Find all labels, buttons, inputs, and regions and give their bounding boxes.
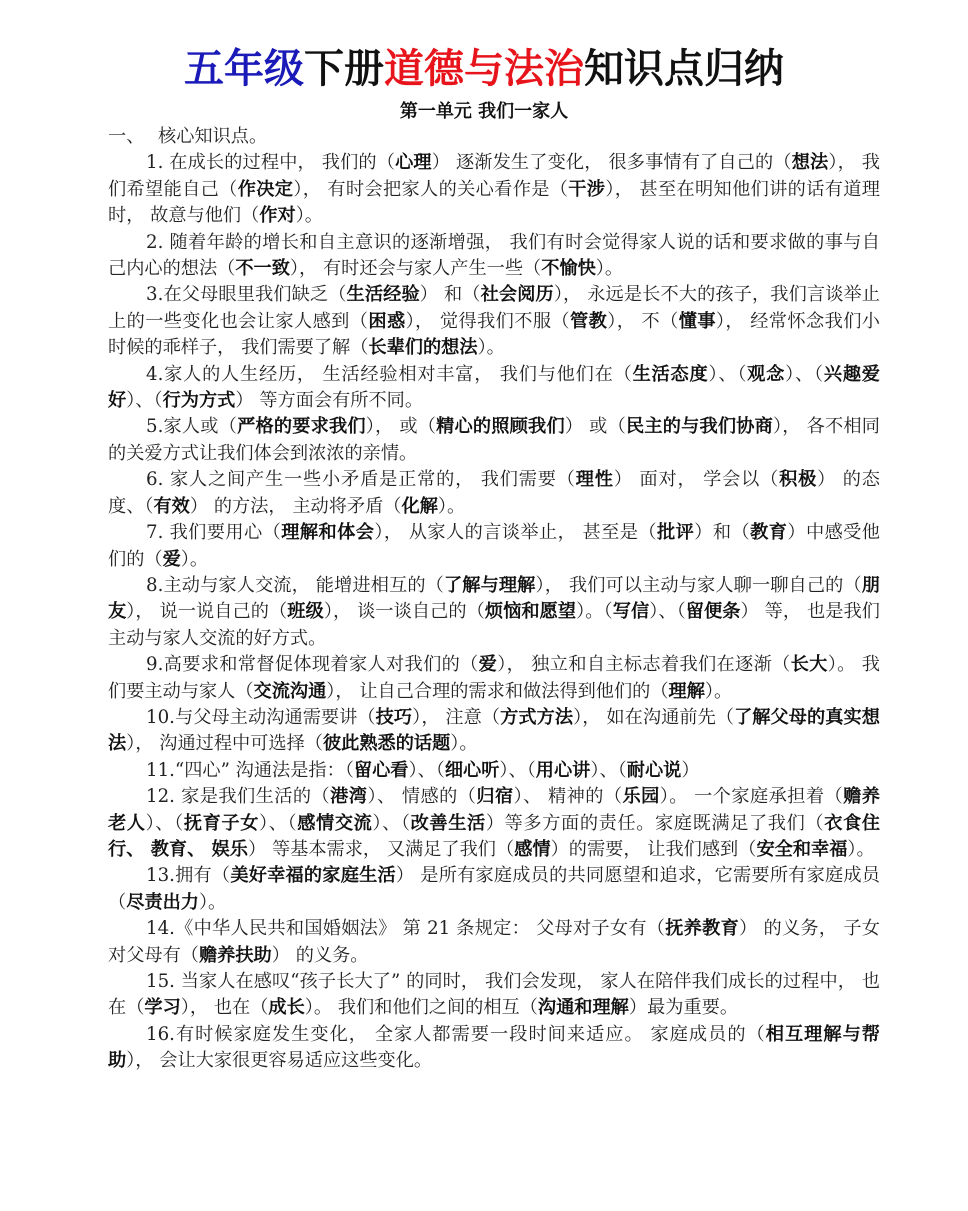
key-term: 社会阅历 — [481, 284, 554, 305]
body-text: ）， 会让大家很更容易适应这些变化。 — [126, 1050, 432, 1071]
key-term: 感情交流 — [297, 813, 372, 834]
body-text: ）的需要， 让我们感到（ — [551, 839, 757, 860]
key-term: 爱 — [479, 654, 498, 675]
title-part-subject: 道德与法治 — [384, 46, 584, 92]
knowledge-point-4: 4.家人的人生经历， 生活经验相对丰富， 我们与他们在（生活态度）、（观念）、（… — [108, 362, 880, 415]
key-term: 理解 — [669, 681, 705, 702]
knowledge-point-9: 9.高要求和常督促体现着家人对我们的（爱）， 独立和自主标志着我们在逐渐（长大）… — [108, 652, 880, 705]
body-text: ）、 情感的（ — [367, 786, 476, 807]
body-text: ）、（ — [408, 760, 444, 781]
key-term: 干涉 — [568, 179, 605, 200]
body-text: ）。 — [705, 681, 732, 702]
key-term: 精心的照顾我们 — [436, 416, 565, 437]
knowledge-point-11: 11.“四心” 沟通法是指：（留心看）、（细心听）、（用心讲）、（耐心说） — [108, 758, 880, 784]
key-term: 交流沟通 — [254, 681, 327, 702]
knowledge-point-3: 3.在父母眼里我们缺乏（生活经验） 和（社会阅历）， 永远是长不大的孩子，我们言… — [108, 282, 880, 361]
section-label: 核心知识点。 — [158, 126, 267, 147]
key-term: 不愉快 — [541, 258, 596, 279]
body-text: 7. 我们要用心（ — [146, 522, 281, 543]
body-text: 10.与父母主动沟通需要讲（ — [146, 707, 376, 728]
key-term: 烦恼和愿望 — [485, 601, 576, 622]
key-term: 有效 — [153, 496, 189, 517]
body-text: 8.主动与家人交流， 能增进相互的（ — [146, 575, 444, 596]
body-text: ）。 — [438, 496, 465, 517]
body-text: ）， 也在（ — [181, 997, 269, 1018]
key-term: 观念 — [747, 364, 785, 385]
body-text: ）。 — [181, 549, 208, 570]
key-term: 爱 — [163, 549, 181, 570]
body-text: 4.家人的人生经历， 生活经验相对丰富， 我们与他们在（ — [146, 364, 633, 385]
key-term: 了解与理解 — [444, 575, 536, 596]
knowledge-point-10: 10.与父母主动沟通需要讲（技巧）， 注意（方式方法）， 如在沟通前先（了解父母… — [108, 705, 880, 758]
body-text: ）， 让自己合理的需求和做法得到他们的（ — [326, 681, 668, 702]
body-text: ） 的方法， 主动将矛盾（ — [190, 496, 402, 517]
knowledge-point-15: 15. 当家人在感叹“孩子长大了” 的同时， 我们会发现， 家人在陪伴我们成长的… — [108, 969, 880, 1022]
body-text: ）、（ — [146, 813, 184, 834]
key-term: 赡养扶助 — [199, 945, 272, 966]
body-text: ）， 说一说自己的（ — [126, 601, 287, 622]
body-text: 1. 在成长的过程中， 我们的（ — [146, 152, 395, 173]
key-term: 班级 — [287, 601, 324, 622]
key-term: 困惑 — [368, 311, 405, 332]
knowledge-point-8: 8.主动与家人交流， 能增进相互的（了解与理解）， 我们可以主动与家人聊一聊自己… — [108, 573, 880, 652]
body-text: ） 等方面会有所不同。 — [235, 390, 423, 411]
body-text: ）， 不（ — [607, 311, 678, 332]
body-text: ）。 — [450, 733, 477, 754]
section-heading: 一、核心知识点。 — [108, 124, 880, 150]
key-term: 批评 — [657, 522, 694, 543]
section-number: 一、 — [108, 124, 158, 150]
key-term: 生活态度 — [633, 364, 709, 385]
key-term: 积极 — [779, 469, 817, 490]
body-text: ）、（ — [259, 813, 297, 834]
body-text: 14.《中华人民共和国婚姻法》 第 21 条规定： 父母对子女有（ — [146, 918, 665, 939]
key-term: 抚育子女 — [184, 813, 259, 834]
key-term: 作对 — [259, 205, 295, 226]
key-term: 不一致 — [235, 258, 290, 279]
key-term: 想法 — [792, 152, 829, 173]
body-text: ）， 注意（ — [412, 707, 500, 728]
key-term: 行为方式 — [163, 390, 236, 411]
knowledge-point-14: 14.《中华人民共和国婚姻法》 第 21 条规定： 父母对子女有（抚养教育） 的… — [108, 916, 880, 969]
key-term: 乐园 — [622, 786, 659, 807]
body-text: ）、（ — [708, 364, 747, 385]
key-term: 港湾 — [330, 786, 367, 807]
body-text: ）。 一个家庭承担着（ — [660, 786, 843, 807]
body-text: ）， 谈一谈自己的（ — [324, 601, 485, 622]
key-term: 留心看 — [354, 760, 409, 781]
key-term: 美好幸福的家庭生活 — [230, 865, 396, 886]
body-text: ）最为重要。 — [629, 997, 738, 1018]
title-part-volume: 下册 — [304, 46, 384, 92]
body-text: ）。（ — [576, 601, 613, 622]
knowledge-point-1: 1. 在成长的过程中， 我们的（心理） 逐渐发生了变化， 很多事情有了自己的（想… — [108, 150, 880, 229]
body-text: 12. 家是我们生活的（ — [146, 786, 330, 807]
key-term: 写信 — [613, 601, 650, 622]
key-term: 沟通和理解 — [538, 997, 629, 1018]
knowledge-point-16: 16.有时候家庭发生变化， 全家人都需要一段时间来适应。 家庭成员的（相互理解与… — [108, 1022, 880, 1075]
body-text: ）， 有时还会与家人产生一些（ — [290, 258, 541, 279]
key-term: 细心听 — [445, 760, 500, 781]
body-text: ） 的义务。 — [272, 945, 369, 966]
key-term: 归宿 — [476, 786, 513, 807]
body-text: 16.有时候家庭发生变化， 全家人都需要一段时间来适应。 家庭成员的（ — [146, 1024, 766, 1045]
body-text: ）、 精神的（ — [514, 786, 623, 807]
body-text: ）， 有时会把家人的关心看作是（ — [293, 179, 568, 200]
key-term: 民主的与我们协商 — [626, 416, 773, 437]
knowledge-point-list: 1. 在成长的过程中， 我们的（心理） 逐渐发生了变化， 很多事情有了自己的（想… — [108, 150, 880, 1074]
body-text: ）， 我们可以主动与家人聊一聊自己的（ — [535, 575, 861, 596]
body-text: ） 逐渐发生了变化， 很多事情有了自己的（ — [432, 152, 792, 173]
body-text: ）。 — [296, 205, 323, 226]
body-text: ） 等基本需求， 又满足了我们（ — [248, 839, 514, 860]
body-text: ） 和（ — [420, 284, 481, 305]
body-text: 13.拥有（ — [146, 865, 230, 886]
body-text: ）。 我们和他们之间的相互（ — [305, 997, 538, 1018]
body-text: 11.“四心” 沟通法是指：（ — [146, 760, 354, 781]
body-text: ） 或（ — [565, 416, 626, 437]
key-term: 彼此熟悉的话题 — [323, 733, 450, 754]
body-text: ）， 独立和自主标志着我们在逐渐（ — [497, 654, 790, 675]
key-term: 严格的要求我们 — [237, 416, 366, 437]
knowledge-point-5: 5.家人或（严格的要求我们）， 或（精心的照顾我们） 或（民主的与我们协商）， … — [108, 414, 880, 467]
unit-heading: 第一单元 我们一家人 — [0, 100, 968, 124]
body-text: ）、（ — [590, 760, 626, 781]
key-term: 用心讲 — [536, 760, 591, 781]
body-text: ）。 — [847, 839, 874, 860]
body-text: 9.高要求和常督促体现着家人对我们的（ — [146, 654, 479, 675]
key-term: 理解和体会 — [281, 522, 374, 543]
knowledge-point-7: 7. 我们要用心（理解和体会）， 从家人的言谈举止， 甚至是（批评）和（教育）中… — [108, 520, 880, 573]
body-text: ）。 — [596, 258, 623, 279]
title-part-summary: 知识点归纳 — [584, 46, 784, 92]
body-text: ） 面对， 学会以（ — [614, 469, 779, 490]
knowledge-point-6: 6. 家人之间产生一些小矛盾是正常的， 我们需要（理性） 面对， 学会以（积极）… — [108, 467, 880, 520]
document-title: 五年级下册道德与法治知识点归纳 — [0, 41, 968, 97]
key-term: 改善生活 — [411, 813, 486, 834]
body-text: 6. 家人之间产生一些小矛盾是正常的， 我们需要（ — [146, 469, 576, 490]
key-term: 安全和幸福 — [756, 839, 847, 860]
key-term: 作决定 — [238, 179, 294, 200]
body-text: ）、（ — [649, 601, 686, 622]
knowledge-point-13: 13.拥有（美好幸福的家庭生活） 是所有家庭成员的共同愿望和追求，它需要所有家庭… — [108, 863, 880, 916]
body-text: ）， 从家人的言谈举止， 甚至是（ — [374, 522, 657, 543]
key-term: 成长 — [268, 997, 304, 1018]
body-text: ）、（ — [499, 760, 535, 781]
body-text: ） — [681, 760, 699, 781]
key-term: 管教 — [570, 311, 607, 332]
body-text: 5.家人或（ — [146, 416, 237, 437]
body-text: ）， 或（ — [366, 416, 436, 437]
key-term: 方式方法 — [500, 707, 573, 728]
body-text: ）、（ — [126, 390, 162, 411]
document-body: 一、核心知识点。 1. 在成长的过程中， 我们的（心理） 逐渐发生了变化， 很多… — [108, 124, 880, 1075]
body-text: ）等多方面的责任。家庭既满足了我们（ — [486, 813, 824, 834]
key-term: 抚养教育 — [665, 918, 739, 939]
body-text: ）。 — [478, 337, 505, 358]
body-text: ）， 觉得我们不服（ — [406, 311, 570, 332]
body-text: ）、（ — [785, 364, 824, 385]
knowledge-point-12: 12. 家是我们生活的（港湾）、 情感的（归宿）、 精神的（乐园）。 一个家庭承… — [108, 784, 880, 863]
body-text: 3.在父母眼里我们缺乏（ — [146, 284, 347, 305]
key-term: 技巧 — [376, 707, 413, 728]
key-term: 留便条 — [686, 601, 741, 622]
key-term: 心理 — [395, 152, 432, 173]
key-term: 理性 — [576, 469, 614, 490]
body-text: ）和（ — [694, 522, 750, 543]
key-term: 化解 — [402, 496, 438, 517]
knowledge-point-2: 2. 随着年龄的增长和自主意识的逐渐增强， 我们有时会觉得家人说的话和要求做的事… — [108, 230, 880, 283]
body-text: ）、（ — [372, 813, 410, 834]
key-term: 长大 — [791, 654, 828, 675]
key-term: 尽责出力 — [126, 892, 199, 913]
body-text: ）， 沟通过程中可选择（ — [126, 733, 323, 754]
key-term: 学习 — [144, 997, 180, 1018]
title-part-grade: 五年级 — [184, 46, 304, 92]
body-text: ）。 — [199, 892, 226, 913]
key-term: 教育 — [750, 522, 787, 543]
key-term: 生活经验 — [347, 284, 420, 305]
key-term: 长辈们的想法 — [368, 337, 477, 358]
key-term: 感情 — [514, 839, 550, 860]
body-text: ）， 如在沟通前先（ — [573, 707, 734, 728]
key-term: 懂事 — [679, 311, 716, 332]
key-term: 耐心说 — [627, 760, 682, 781]
